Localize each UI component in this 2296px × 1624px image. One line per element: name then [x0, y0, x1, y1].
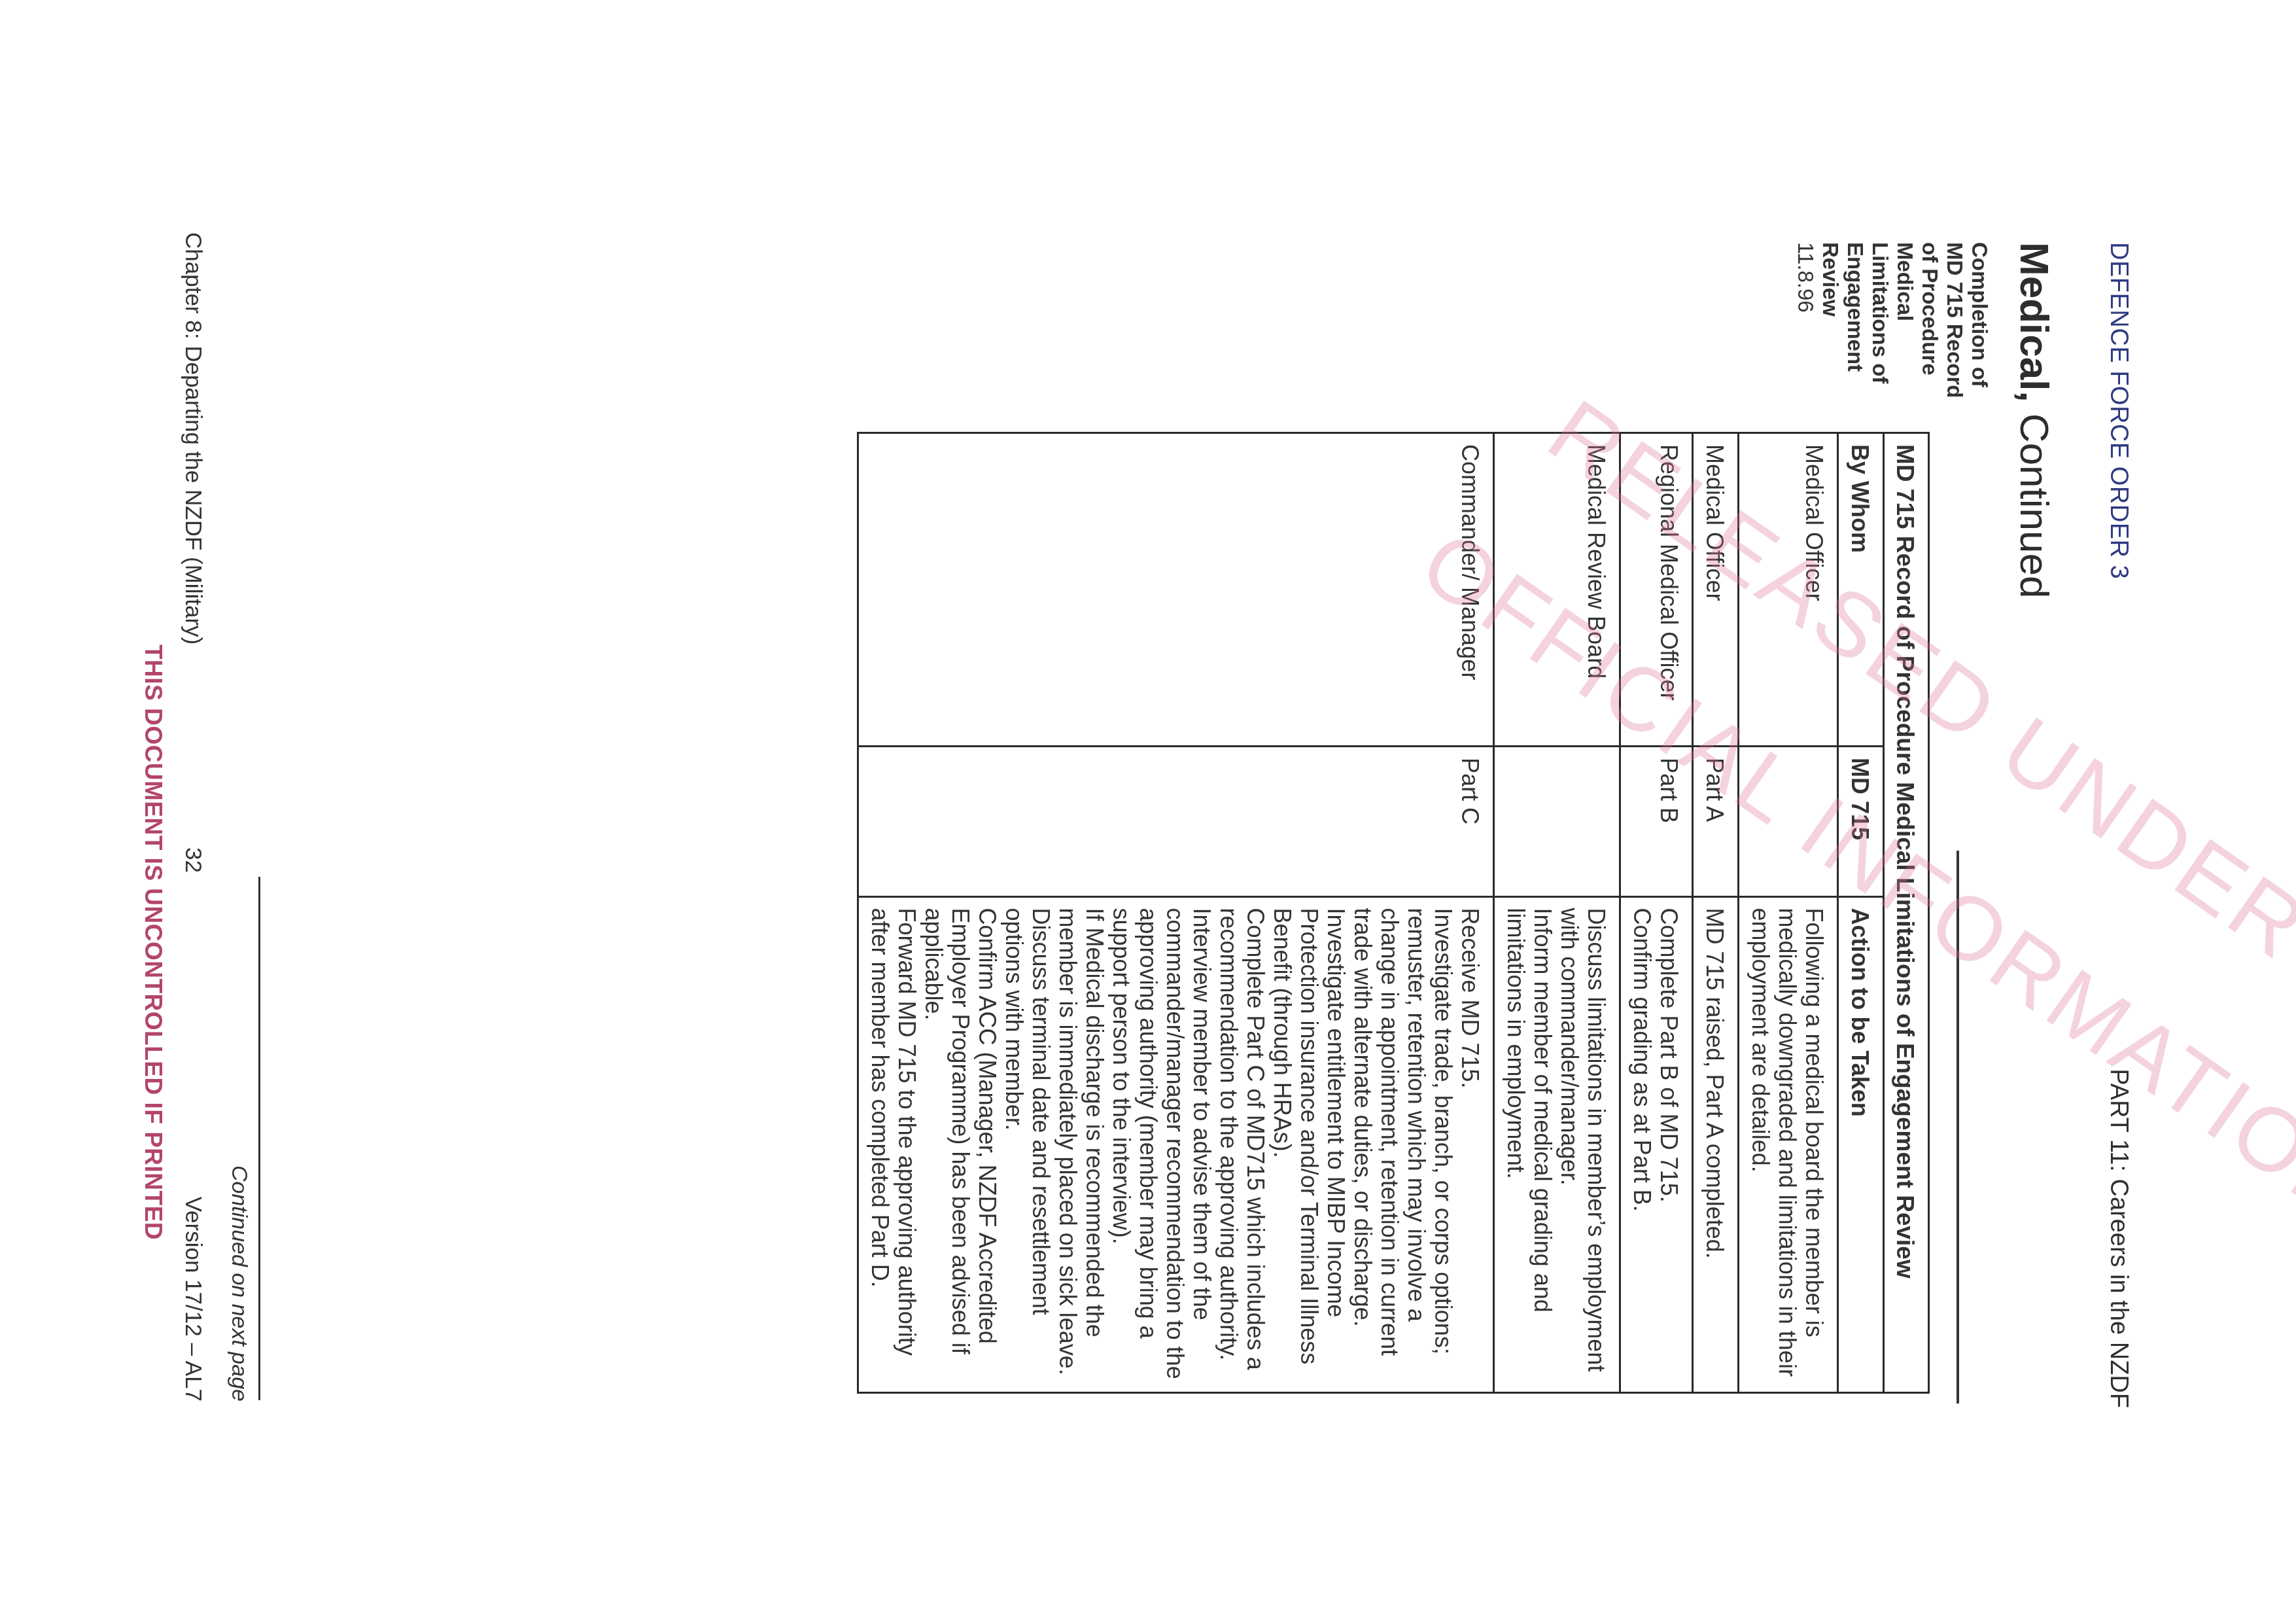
column-header-md715: MD 715: [1838, 747, 1884, 896]
action-step: Following a medical board the member is …: [1747, 908, 1828, 1382]
document-page: DEFENCE FORCE ORDER 3 PART 11: Careers i…: [0, 0, 2296, 1624]
cell-md715-part: Part A: [1693, 747, 1739, 896]
side-heading: Completion of MD 715 Record of Procedure…: [1793, 242, 1992, 402]
side-heading-line: Medical: [1892, 242, 1917, 402]
action-step: Inform member of medical grading and lim…: [1503, 908, 1556, 1382]
side-heading-line: Completion of: [1967, 242, 1992, 402]
md715-procedure-table: MD 715 Record of Procedure Medical Limit…: [857, 432, 1930, 1394]
cell-action: Complete Part B of MD 715.Confirm gradin…: [1620, 896, 1693, 1393]
section-title-bold: Medical,: [2011, 242, 2057, 402]
uncontrolled-notice: THIS DOCUMENT IS UNCONTROLLED IF PRINTED: [139, 644, 167, 1240]
side-heading-line: MD 715 Record: [1942, 242, 1967, 402]
document-header-part: PART 11: Careers in the NZDF: [2104, 1068, 2132, 1408]
action-step: MD 715 raised, Part A completed.: [1701, 908, 1728, 1382]
cell-md715-part: Part C: [858, 747, 1494, 896]
table-row: Regional Medical OfficerPart BComplete P…: [1620, 433, 1693, 1393]
continued-note: Continued on next page: [226, 1165, 252, 1402]
side-heading-reference: 11.8.96: [1793, 242, 1818, 402]
cell-action: Discuss limitations in member’s employme…: [1494, 896, 1620, 1393]
cell-by-whom: Medical Review Board: [1494, 433, 1620, 747]
footer-page-number: 32: [180, 847, 206, 873]
cell-by-whom: Medical Officer: [1693, 433, 1739, 747]
action-step: Investigate trade, branch, or corps opti…: [1349, 908, 1457, 1382]
section-title-rest: Continued: [2011, 402, 2057, 599]
action-step: Receive MD 715.: [1457, 908, 1484, 1382]
cell-action: MD 715 raised, Part A completed.: [1693, 896, 1739, 1393]
action-step: Confirm grading as at Part B.: [1629, 908, 1656, 1382]
footer-version: Version 17/12 – AL7: [180, 1197, 206, 1402]
action-step: Discuss terminal date and resettlement o…: [1001, 908, 1054, 1382]
action-step: If Medical discharge is recommended the …: [1054, 908, 1108, 1382]
table-body: Medical OfficerFollowing a medical board…: [858, 433, 1838, 1393]
action-step: Complete Part C of MD715 which includes …: [1215, 908, 1269, 1382]
cell-action: Following a medical board the member is …: [1739, 896, 1838, 1393]
action-step: Interview member to advise them of the c…: [1108, 908, 1215, 1382]
side-heading-line: Engagement: [1843, 242, 1868, 402]
table-caption: MD 715 Record of Procedure Medical Limit…: [1884, 433, 1929, 1393]
column-header-by-whom: By Whom: [1838, 433, 1884, 747]
cell-md715-part: [1739, 747, 1838, 896]
cell-by-whom: Commander/ Manager: [858, 433, 1494, 747]
table-row: Medical OfficerPart AMD 715 raised, Part…: [1693, 433, 1739, 1393]
table-row: Medical OfficerFollowing a medical board…: [1739, 433, 1838, 1393]
footer-chapter: Chapter 8: Departing the NZDF (Military): [180, 232, 206, 644]
action-step: Confirm ACC (Manager, NZDF Accredited Em…: [920, 908, 1001, 1382]
table-row: Medical Review BoardDiscuss limitations …: [1494, 433, 1620, 1393]
side-heading-line: of Procedure: [1917, 242, 1942, 402]
action-step: Discuss limitations in member’s employme…: [1556, 908, 1610, 1382]
document-header-title: DEFENCE FORCE ORDER 3: [2104, 242, 2132, 579]
cell-action: Receive MD 715.Investigate trade, branch…: [858, 896, 1494, 1393]
action-step: Forward MD 715 to the approving authorit…: [867, 908, 920, 1382]
side-heading-line: Review: [1818, 242, 1843, 402]
section-title: Medical, Continued: [2011, 242, 2057, 599]
cell-by-whom: Regional Medical Officer: [1620, 433, 1693, 747]
column-header-action: Action to be Taken: [1838, 896, 1884, 1393]
cell-by-whom: Medical Officer: [1739, 433, 1838, 747]
action-step: Investigate entitlement to MIBP Income P…: [1269, 908, 1349, 1382]
header-rule: [1957, 851, 1959, 1403]
cell-md715-part: [1494, 747, 1620, 896]
footer-rule: [258, 877, 260, 1400]
action-step: Complete Part B of MD 715.: [1656, 908, 1682, 1382]
table-row: Commander/ ManagerPart CReceive MD 715.I…: [858, 433, 1494, 1393]
cell-md715-part: Part B: [1620, 747, 1693, 896]
side-heading-line: Limitations of: [1868, 242, 1892, 402]
